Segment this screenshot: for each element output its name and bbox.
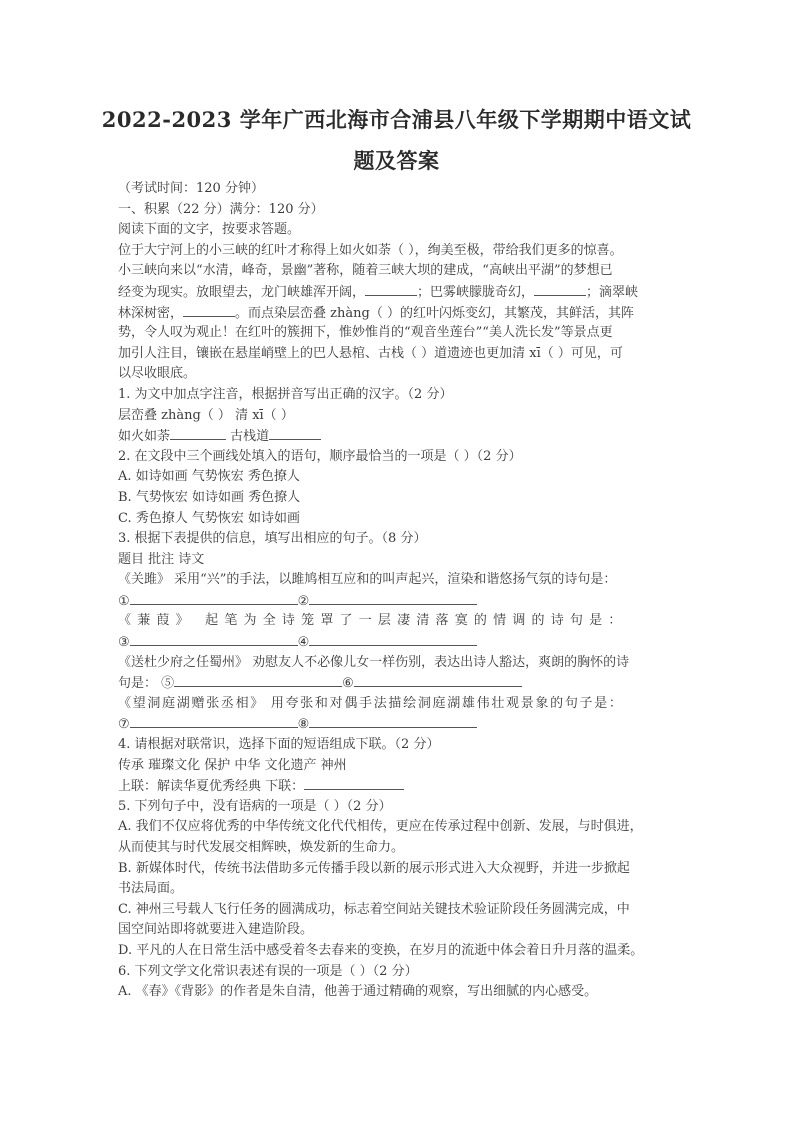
question-5-stem: 5. 下列句子中，没有语病的一项是（ ）（2 分） (118, 797, 674, 818)
question-3-row-blanks: ⑦⑧ (118, 714, 674, 735)
question-1-line: 如火如荼 古栈道 (118, 426, 674, 447)
passage-line: 经变为现实。放眼望去，龙门峡雄浑开阔，；巴雾峡朦胧奇幻，；滴翠峡 (118, 282, 674, 303)
question-1-item: 古栈道 (226, 429, 269, 444)
passage-line: 以尽收眼底。 (118, 364, 674, 385)
question-5-option-c-cont: 国空间站即将就要进入建造阶段。 (118, 920, 674, 941)
passage-text: ；滴翠峡 (586, 285, 638, 300)
question-6-option-a: A. 《春》《背影》的作者是朱自清，他善于通过精确的观察，写出细腻的内心感受。 (118, 982, 674, 1003)
answer-blank[interactable] (174, 673, 342, 687)
passage-text: 经变为现实。放眼望去，龙门峡雄浑开阔， (118, 285, 365, 300)
passage-line: 小三峡向来以“水清，峰奇，景幽”著称，随着三峡大坝的建成，“高峡出平湖”的梦想已 (118, 261, 674, 282)
passage-text: 。而点染层峦叠 zhàng（ ）的红叶闪烁变幻，其繁茂，其鲜活，其阵 (235, 306, 634, 321)
question-2-option-a: A. 如诗如画 气势恢宏 秀色撩人 (118, 467, 674, 488)
section-header: 一、积累（22 分）满分：120 分） (118, 200, 674, 221)
question-2-option-b: B. 气势恢宏 如诗如画 秀色撩人 (118, 488, 674, 509)
question-1-item: 如火如荼 (118, 429, 170, 444)
question-1-stem: 1. 为文中加点字注音，根据拼音写出正确的汉字。（2 分） (118, 385, 674, 406)
blank-marker: ③ (118, 635, 130, 650)
question-1-line: 层峦叠 zhàng（ ） 清 xī（ ） (118, 406, 674, 427)
couplet-text: 上联：解读华夏优秀经典 下联： (118, 779, 304, 794)
document-page: 2022-2023 学年广西北海市合浦县八年级下学期期中语文试 题及答案 （考试… (0, 0, 793, 1122)
question-5-option-c: C. 神州三号载人飞行任务的圆满成功，标志着空间站关键技术验证阶段任务圆满完成，… (118, 900, 674, 921)
document-title-line1: 2022-2023 学年广西北海市合浦县八年级下学期期中语文试 (0, 104, 793, 134)
exam-time: （考试时间：120 分钟） (118, 179, 674, 200)
blank-marker: ① (118, 594, 130, 609)
passage-line: 势，令人叹为观止！在红叶的簇拥下，惟妙惟肖的“观音坐莲台”“美人洗长发”等景点更 (118, 323, 674, 344)
question-4-couplet: 上联：解读华夏优秀经典 下联： (118, 776, 674, 797)
answer-blank[interactable] (534, 282, 586, 296)
question-3-row-blanks: 句是： ⑤⑥ (118, 673, 674, 694)
question-4-phrases: 传承 璀璨文化 保护 中华 文化遗产 神州 (118, 756, 674, 777)
blank-marker: ⑦ (118, 717, 130, 732)
question-3-row-blanks: ③④ (118, 632, 674, 653)
answer-blank[interactable] (130, 632, 298, 646)
document-body: （考试时间：120 分钟） 一、积累（22 分）满分：120 分） 阅读下面的文… (118, 179, 674, 1003)
question-4-stem: 4. 请根据对联常识，选择下面的短语组成下联。（2 分） (118, 735, 674, 756)
blank-prefix: 句是： (118, 676, 161, 691)
question-5-option-b: B. 新媒体时代，传统书法借助多元传播手段以新的展示形式进入大众视野，并进一步掀… (118, 859, 674, 880)
answer-blank[interactable] (183, 303, 235, 317)
answer-blank[interactable] (304, 776, 404, 790)
document-title-line2: 题及答案 (0, 145, 793, 175)
answer-blank[interactable] (309, 632, 477, 646)
question-5-option-a: A. 我们不仅应将优秀的中华传统文化代代相传，更应在传承过程中创新、发展，与时俱… (118, 817, 674, 838)
question-6-stem: 6. 下列文学文化常识表述有误的一项是（ ）（2 分） (118, 962, 674, 983)
blank-marker: ⑤ (161, 676, 174, 691)
question-3-stem: 3. 根据下表提供的信息，填写出相应的句子。（8 分） (118, 529, 674, 550)
passage-line: 位于大宁河上的小三峡的红叶才称得上如火如荼（ ），绚美至极，带给我们更多的惊喜。 (118, 241, 674, 262)
blank-marker: ⑥ (342, 676, 354, 691)
question-5-option-d: D. 平凡的人在日常生活中感受着冬去春来的变换，在岁月的流逝中体会着日升月落的温… (118, 941, 674, 962)
question-3-row-text: 《送杜少府之任蜀州》 劝慰友人不必像儿女一样伤别，表达出诗人豁达，爽朗的胸怀的诗 (118, 653, 674, 674)
question-3-table-header: 题目 批注 诗文 (118, 550, 674, 571)
question-3-row-text: 《望洞庭湖赠张丞相》 用夸张和对偶手法描绘洞庭湖雄伟壮观景象的句子是： (118, 694, 674, 715)
answer-blank[interactable] (130, 714, 298, 728)
question-3-row-blanks: ①② (118, 591, 674, 612)
answer-blank[interactable] (354, 673, 522, 687)
blank-marker: ② (298, 594, 310, 609)
passage-text: ；巴雾峡朦胧奇幻， (417, 285, 534, 300)
instruction: 阅读下面的文字，按要求答题。 (118, 220, 674, 241)
question-3-row-text: 《关雎》 采用“兴”的手法，以雎鸠相互应和的叫声起兴，渲染和谐悠扬气氛的诗句是： (118, 570, 674, 591)
answer-blank[interactable] (309, 591, 477, 605)
answer-blank[interactable] (309, 714, 477, 728)
question-2-stem: 2. 在文段中三个画线处填入的语句，顺序最恰当的一项是（ ）（2 分） (118, 447, 674, 468)
answer-blank[interactable] (269, 426, 321, 440)
question-2-option-c: C. 秀色撩人 气势恢宏 如诗如画 (118, 509, 674, 530)
answer-blank[interactable] (130, 591, 298, 605)
passage-line: 加引人注目，镶嵌在悬崖峭壁上的巴人悬棺、古栈（ ）道遗迹也更加清 xī（ ）可见… (118, 344, 674, 365)
question-3-row-text: 《蒹葭》 起笔为全诗笼罩了一层凄清落寞的情调的诗句是： (118, 611, 674, 632)
passage-text: 林深树密， (118, 306, 183, 321)
passage-line: 林深树密，。而点染层峦叠 zhàng（ ）的红叶闪烁变幻，其繁茂，其鲜活，其阵 (118, 303, 674, 324)
blank-marker: ⑧ (298, 717, 310, 732)
blank-marker: ④ (298, 635, 310, 650)
answer-blank[interactable] (365, 282, 417, 296)
question-5-option-b-cont: 书法局面。 (118, 879, 674, 900)
question-5-option-a-cont: 从而使其与时代发展交相辉映，焕发新的生命力。 (118, 838, 674, 859)
answer-blank[interactable] (170, 426, 226, 440)
